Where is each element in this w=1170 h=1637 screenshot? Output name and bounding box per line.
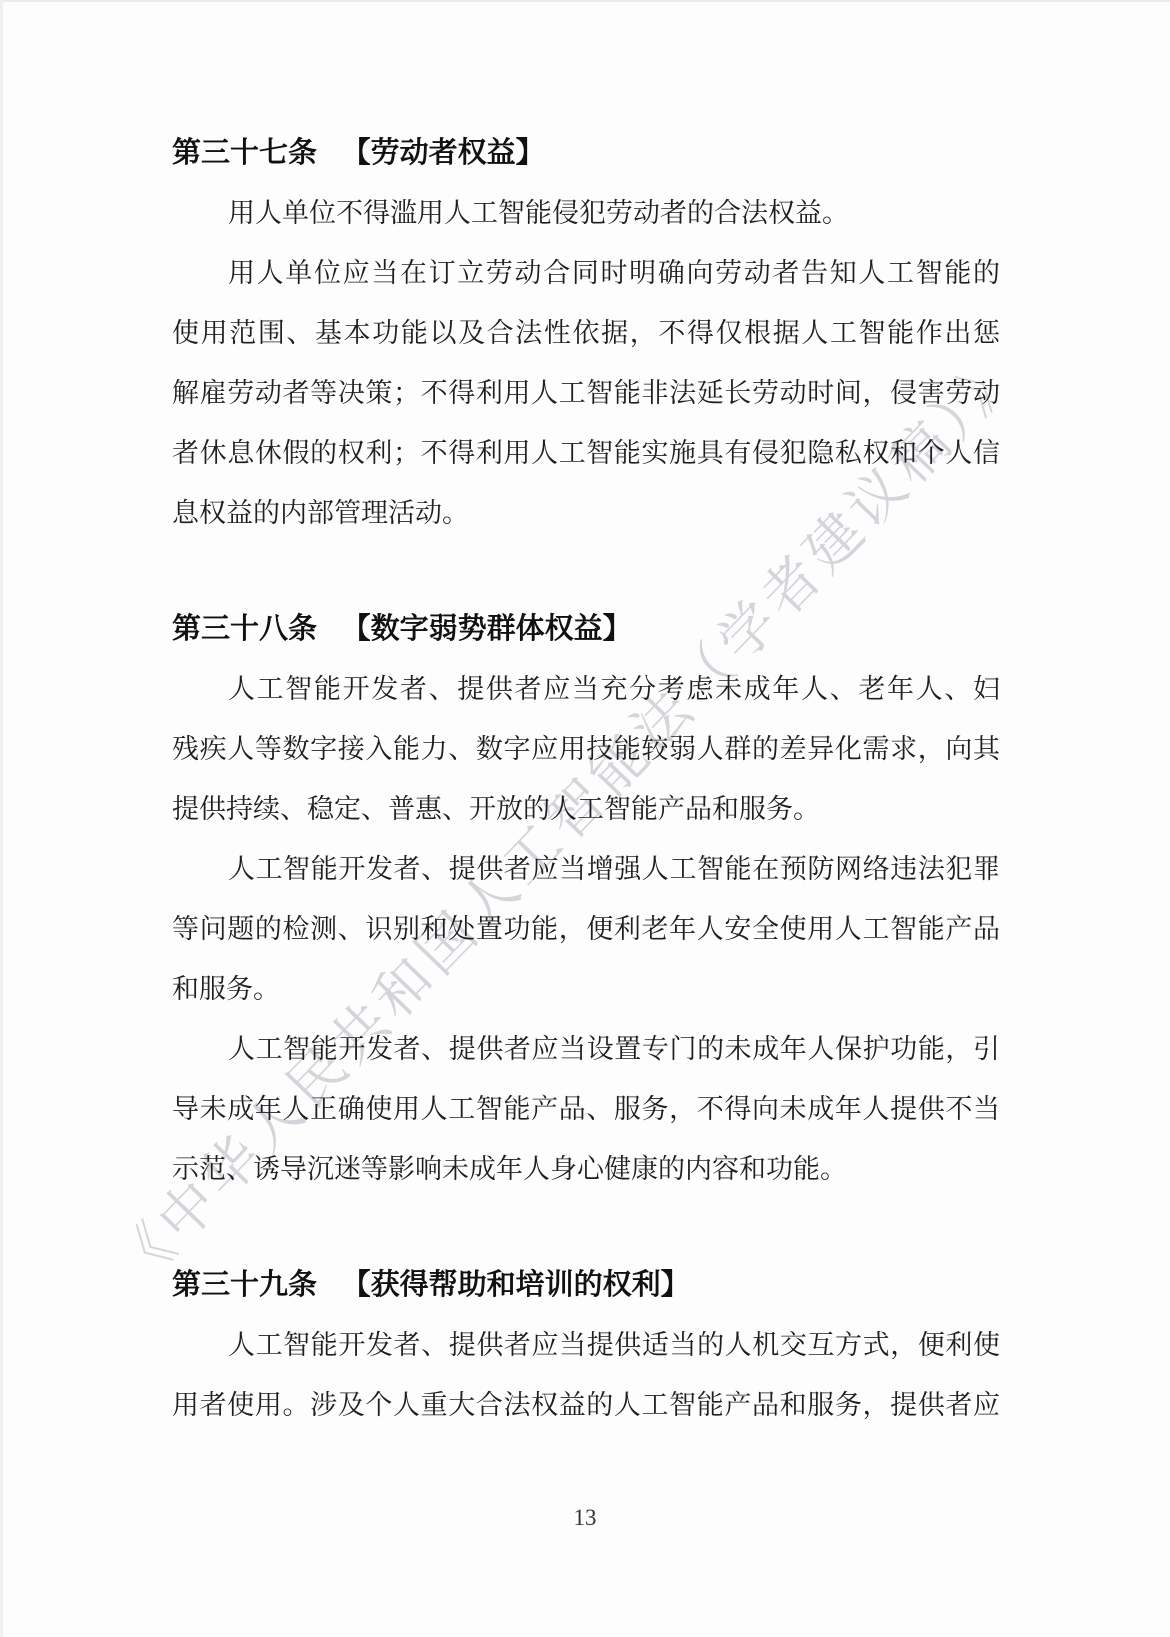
article-title: 【获得帮助和培训的权利】 — [342, 1269, 690, 1301]
body-line: 和服务。 — [172, 959, 1000, 1019]
paragraph: 用人单位不得滥用人工智能侵犯劳动者的合法权益。 — [172, 183, 1000, 243]
article-section: 第三十九条【获得帮助和培训的权利】人工智能开发者、提供者应当提供适当的人机交互方… — [172, 1255, 1000, 1435]
body-line: 者休息休假的权利；不得利用人工智能实施具有侵犯隐私权和个人信 — [172, 423, 1000, 483]
article-heading: 第三十七条【劳动者权益】 — [172, 123, 1000, 183]
body-line: 等问题的检测、识别和处置功能，便利老年人安全使用人工智能产品 — [172, 899, 1000, 959]
body-line: 息权益的内部管理活动。 — [172, 483, 1000, 543]
body-line: 人工智能开发者、提供者应当设置专门的未成年人保护功能，引 — [172, 1019, 1000, 1079]
body-line: 使用范围、基本功能以及合法性依据，不得仅根据人工智能作出惩罚、 — [172, 303, 1000, 363]
article-section: 第三十八条【数字弱势群体权益】人工智能开发者、提供者应当充分考虑未成年人、老年人… — [172, 599, 1000, 1199]
article-heading: 第三十八条【数字弱势群体权益】 — [172, 599, 1000, 659]
document-page: 《中华人民共和国人工智能法（学者建议稿）》 第三十七条【劳动者权益】用人单位不得… — [0, 0, 1170, 1637]
article-title: 【劳动者权益】 — [342, 137, 545, 169]
article-number: 第三十九条 — [172, 1269, 317, 1301]
article-number: 第三十七条 — [172, 137, 317, 169]
body-line: 用者使用。涉及个人重大合法权益的人工智能产品和服务，提供者应 — [172, 1375, 1000, 1435]
paragraph: 人工智能开发者、提供者应当设置专门的未成年人保护功能，引导未成年人正确使用人工智… — [172, 1019, 1000, 1199]
paragraph: 人工智能开发者、提供者应当增强人工智能在预防网络违法犯罪等问题的检测、识别和处置… — [172, 839, 1000, 1019]
article-section: 第三十七条【劳动者权益】用人单位不得滥用人工智能侵犯劳动者的合法权益。用人单位应… — [172, 123, 1000, 543]
body-line: 人工智能开发者、提供者应当提供适当的人机交互方式，便利使 — [172, 1315, 1000, 1375]
scan-edge-left — [0, 0, 3, 1637]
body-line: 用人单位不得滥用人工智能侵犯劳动者的合法权益。 — [172, 183, 1000, 243]
article-title: 【数字弱势群体权益】 — [342, 613, 632, 645]
body-line: 示范、诱导沉迷等影响未成年人身心健康的内容和功能。 — [172, 1139, 1000, 1199]
document-body: 第三十七条【劳动者权益】用人单位不得滥用人工智能侵犯劳动者的合法权益。用人单位应… — [172, 123, 1000, 1435]
body-line: 解雇劳动者等决策；不得利用人工智能非法延长劳动时间，侵害劳动 — [172, 363, 1000, 423]
scan-edge-top — [0, 0, 1170, 2]
paragraph: 用人单位应当在订立劳动合同时明确向劳动者告知人工智能的使用范围、基本功能以及合法… — [172, 243, 1000, 543]
article-number: 第三十八条 — [172, 613, 317, 645]
article-heading: 第三十九条【获得帮助和培训的权利】 — [172, 1255, 1000, 1315]
body-line: 导未成年人正确使用人工智能产品、服务，不得向未成年人提供不当 — [172, 1079, 1000, 1139]
paragraph: 人工智能开发者、提供者应当充分考虑未成年人、老年人、妇女、残疾人等数字接入能力、… — [172, 659, 1000, 839]
body-line: 人工智能开发者、提供者应当充分考虑未成年人、老年人、妇女、 — [172, 659, 1000, 719]
body-line: 残疾人等数字接入能力、数字应用技能较弱人群的差异化需求，向其 — [172, 719, 1000, 779]
page-number: 13 — [0, 1505, 1170, 1531]
paragraph: 人工智能开发者、提供者应当提供适当的人机交互方式，便利使用者使用。涉及个人重大合… — [172, 1315, 1000, 1435]
body-line: 用人单位应当在订立劳动合同时明确向劳动者告知人工智能的 — [172, 243, 1000, 303]
body-line: 人工智能开发者、提供者应当增强人工智能在预防网络违法犯罪 — [172, 839, 1000, 899]
body-line: 提供持续、稳定、普惠、开放的人工智能产品和服务。 — [172, 779, 1000, 839]
